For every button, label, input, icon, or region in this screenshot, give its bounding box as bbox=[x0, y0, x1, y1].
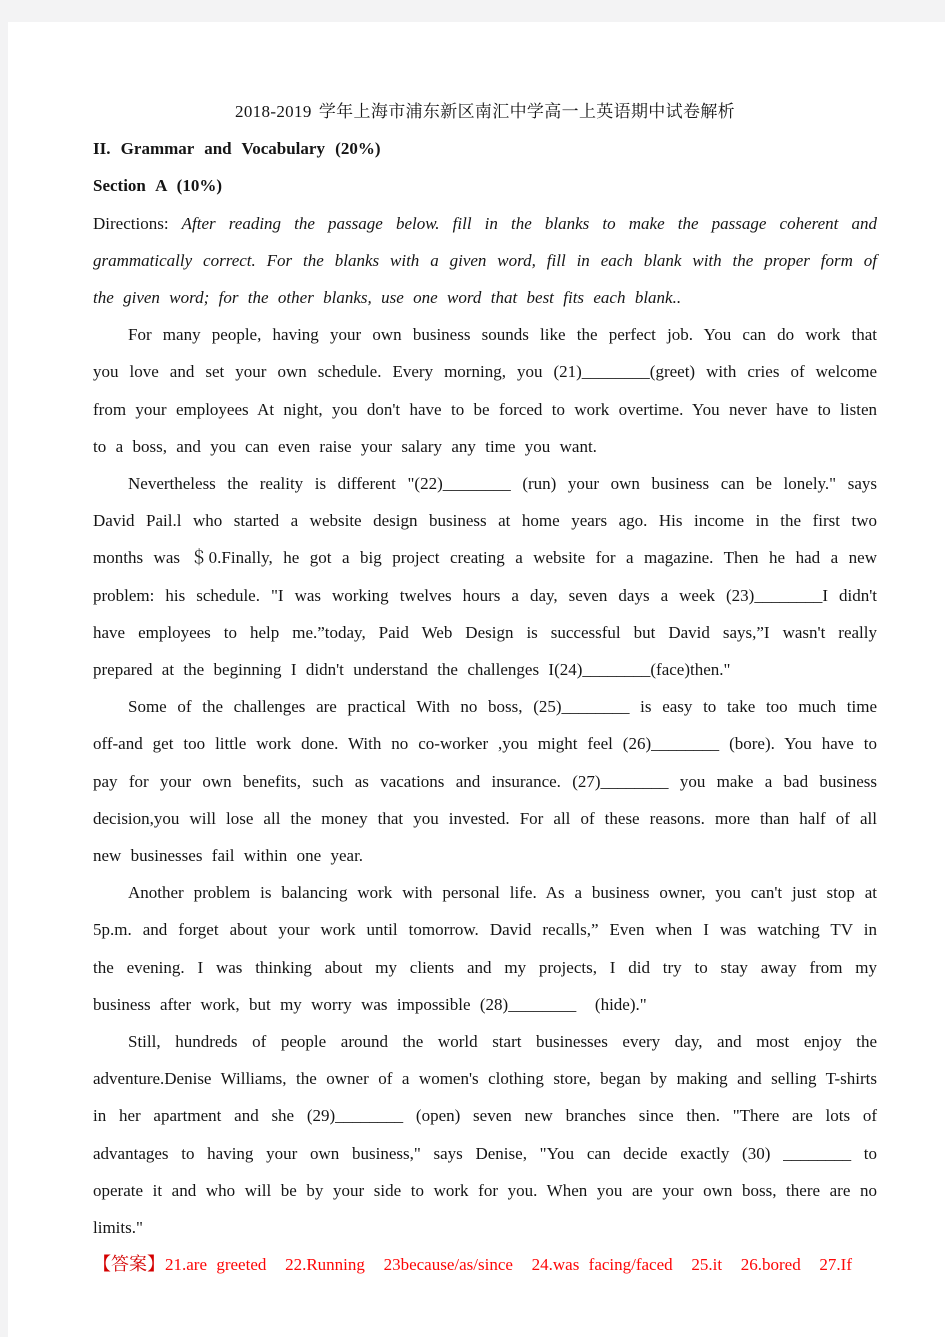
answer-text: 21.are greeted 22.Running 23because/as/s… bbox=[165, 1255, 852, 1274]
answer-line: 【答案】21.are greeted 22.Running 23because/… bbox=[93, 1246, 877, 1283]
passage-paragraph-2: Nevertheless the reality is different "(… bbox=[93, 465, 877, 688]
document-title: 2018-2019 学年上海市浦东新区南汇中学高一上英语期中试卷解析 bbox=[93, 93, 877, 130]
passage-paragraph-3: Some of the challenges are practical Wit… bbox=[93, 688, 877, 874]
answer-label: 【答案】 bbox=[93, 1254, 165, 1275]
passage-paragraph-5: Still, hundreds of people around the wor… bbox=[93, 1023, 877, 1246]
document-page: 2018-2019 学年上海市浦东新区南汇中学高一上英语期中试卷解析 II. G… bbox=[8, 22, 945, 1337]
passage-paragraph-4: Another problem is balancing work with p… bbox=[93, 874, 877, 1023]
directions-paragraph: Directions: After reading the passage be… bbox=[93, 205, 877, 317]
subsection-heading-section-a: Section A (10%) bbox=[93, 167, 877, 204]
passage-paragraph-1: For many people, having your own busines… bbox=[93, 316, 877, 465]
directions-text: After reading the passage below. fill in… bbox=[93, 214, 877, 307]
directions-label: Directions: bbox=[93, 214, 169, 233]
section-heading-grammar-vocabulary: II. Grammar and Vocabulary (20%) bbox=[93, 130, 877, 167]
document-content: 2018-2019 学年上海市浦东新区南汇中学高一上英语期中试卷解析 II. G… bbox=[8, 22, 945, 1284]
screenshot-canvas: 2018-2019 学年上海市浦东新区南汇中学高一上英语期中试卷解析 II. G… bbox=[0, 0, 945, 1337]
